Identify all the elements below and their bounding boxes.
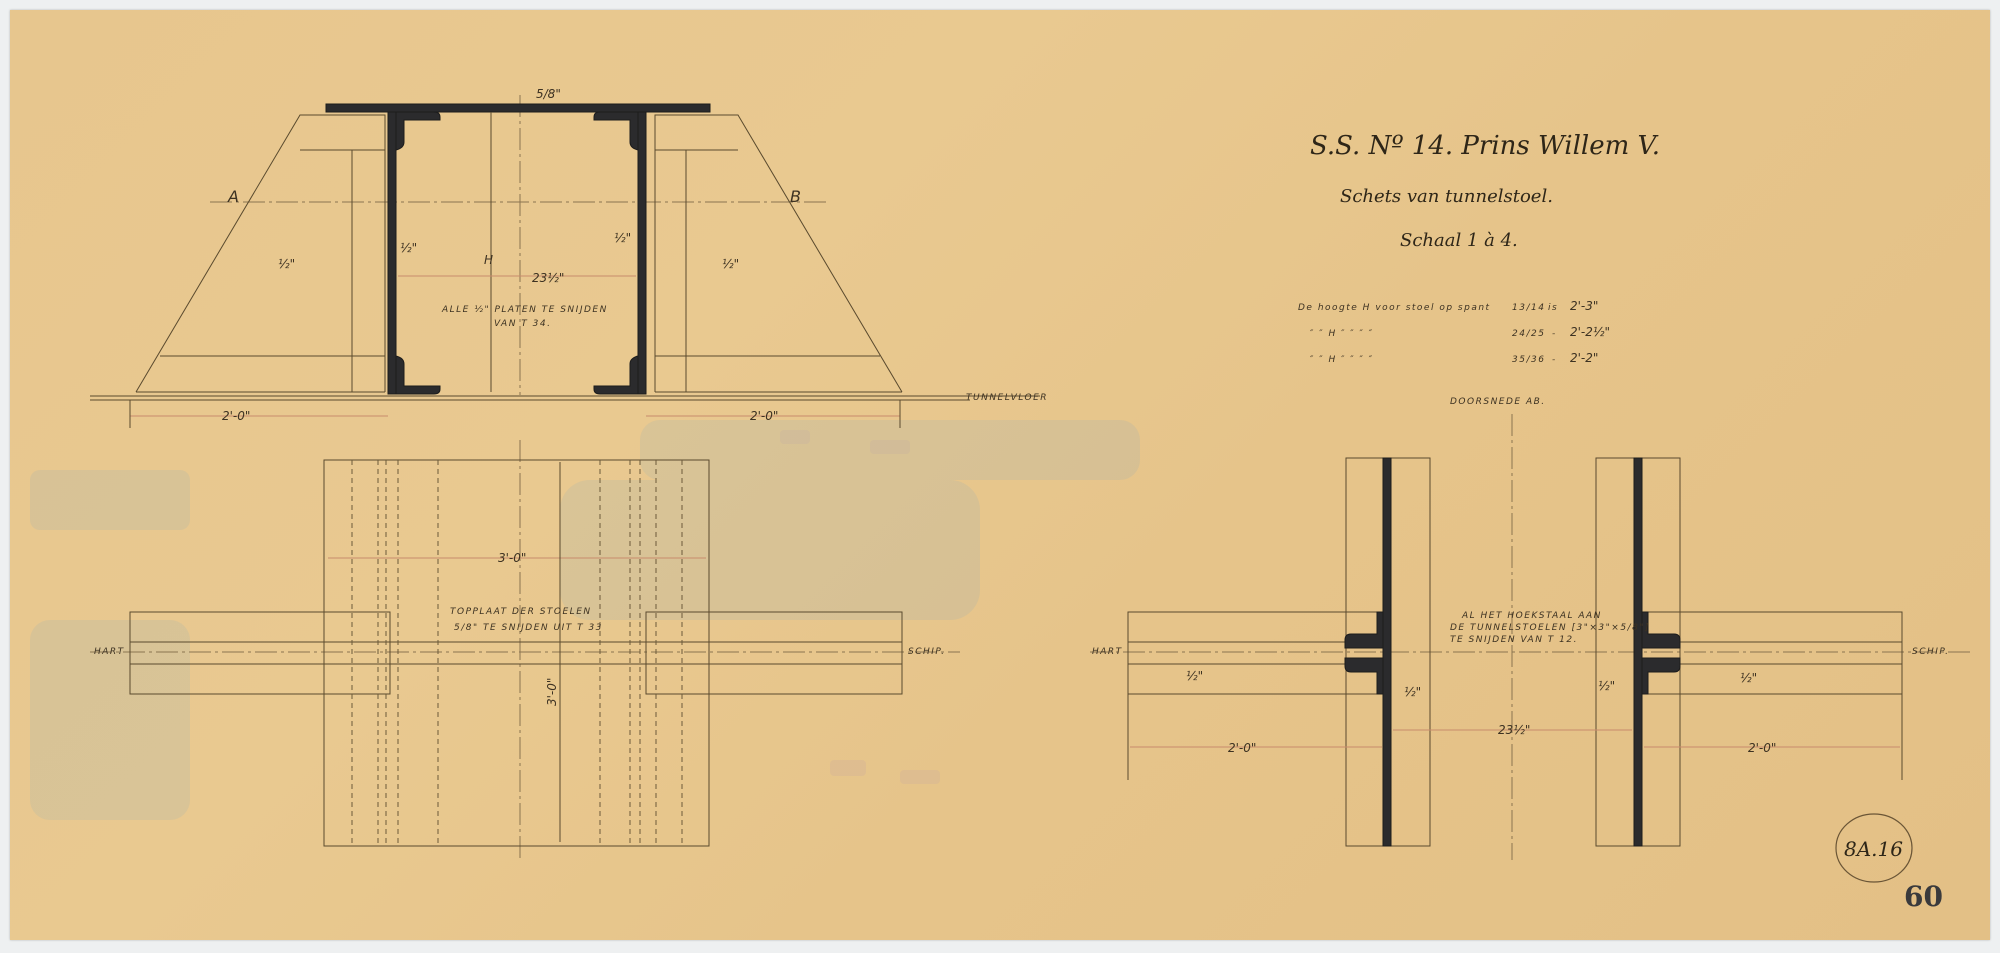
heights-row-3-label: ″ ″ H ″ ″ ″ ″ [1310, 355, 1374, 365]
right-bracket-dim: 2'-0" [750, 409, 778, 423]
section-title: DOORSNEDE AB. [1450, 397, 1546, 407]
heights-row-3-frame: 35/36 [1512, 355, 1545, 365]
tunnel-seat-drawing: A B 5/8" H 23½" ½" ½" ½" ½" ALLE ½" PLAT… [10, 10, 1990, 940]
section-schip-label: SCHIP. [1912, 647, 1949, 657]
top-plate-thickness: 5/8" [536, 87, 561, 101]
web-thickness-right: ½" [614, 231, 631, 245]
heights-row-2-frame: 24/25 [1512, 329, 1545, 339]
section-web-left: ½" [1404, 685, 1421, 699]
elevation-view: A B 5/8" H 23½" ½" ½" ½" ½" ALLE ½" PLAT… [90, 87, 1048, 428]
section-web-right: ½" [1598, 679, 1615, 693]
heights-row-1-label: De hoogte H voor stoel op spant [1298, 303, 1491, 313]
section-plate-right: ½" [1740, 671, 1757, 685]
angle-note-line2: DE TUNNELSTOELEN [3"×3"×5/8"] [1450, 623, 1650, 633]
section-dim-right: 2'-0" [1748, 741, 1776, 755]
sheet-number-stamp: 60 [1904, 880, 1943, 913]
section-dim-left: 2'-0" [1228, 741, 1256, 755]
drawing-scale: Schaal 1 à 4. [1400, 230, 1518, 251]
section-dim-mid: 23½" [1498, 723, 1530, 737]
angle-note-line1: AL HET HOEKSTAAL AAN [1461, 611, 1602, 621]
top-plate-note-line1: TOPPLAAT DER STOELEN [450, 607, 592, 617]
plan-length-dim: 3'-0" [545, 678, 559, 706]
heights-row-3-value: 2'-2" [1570, 351, 1598, 365]
heights-row-1-sep: is [1548, 303, 1558, 313]
heights-row-2-sep: - [1552, 329, 1557, 339]
plates-note-line2: VAN T 34. [494, 319, 551, 329]
tunnel-floor-label: TUNNELVLOER [966, 393, 1048, 403]
vessel-title: S.S. Nº 14. Prins Willem V. [1310, 131, 1660, 161]
top-plate-note-line2: 5/8" TE SNIJDEN UIT T 33 [454, 623, 603, 633]
heights-row-3-sep: - [1552, 355, 1557, 365]
angle-note-line3: TE SNIJDEN VAN T 12. [1450, 635, 1578, 645]
height-label: H [484, 253, 493, 267]
section-hart-label: HART [1092, 647, 1123, 657]
drawing-subtitle: Schets van tunnelstoel. [1340, 186, 1553, 207]
heights-row-1-value: 2'-3" [1570, 299, 1598, 313]
section-plate-left: ½" [1186, 669, 1203, 683]
archive-marks: 8A.16 60 [1836, 814, 1943, 913]
section-mark-a: A [227, 187, 239, 206]
plan-width-dim: 3'-0" [498, 551, 526, 565]
plan-schip-label: SCHIP. [908, 647, 945, 657]
bracket-thickness-right: ½" [722, 257, 739, 271]
section-ab-view: DOORSNEDE AB. HART SCHIP. AL HET HOEKSTA… [1090, 397, 1970, 860]
bracket-thickness-left: ½" [278, 257, 295, 271]
paper-stains [30, 420, 1140, 820]
plates-note-line1: ALLE ½" PLATEN TE SNIJDEN [441, 305, 608, 315]
left-bracket-dim: 2'-0" [222, 409, 250, 423]
archive-ref: 8A.16 [1844, 837, 1903, 861]
web-thickness-left: ½" [400, 241, 417, 255]
heights-row-1-frame: 13/14 [1512, 303, 1545, 313]
plan-hart-label: HART [94, 647, 125, 657]
title-block: S.S. Nº 14. Prins Willem V. Schets van t… [1310, 131, 1660, 251]
heights-row-2-value: 2'-2½" [1570, 325, 1610, 339]
drawing-sheet: A B 5/8" H 23½" ½" ½" ½" ½" ALLE ½" PLAT… [10, 10, 1990, 940]
section-mark-b: B [790, 187, 801, 206]
heights-table: De hoogte H voor stoel op spant 13/14 is… [1298, 299, 1610, 365]
heights-row-2-label: ″ ″ H ″ ″ ″ ″ [1310, 329, 1374, 339]
inner-width-dim: 23½" [532, 271, 564, 285]
